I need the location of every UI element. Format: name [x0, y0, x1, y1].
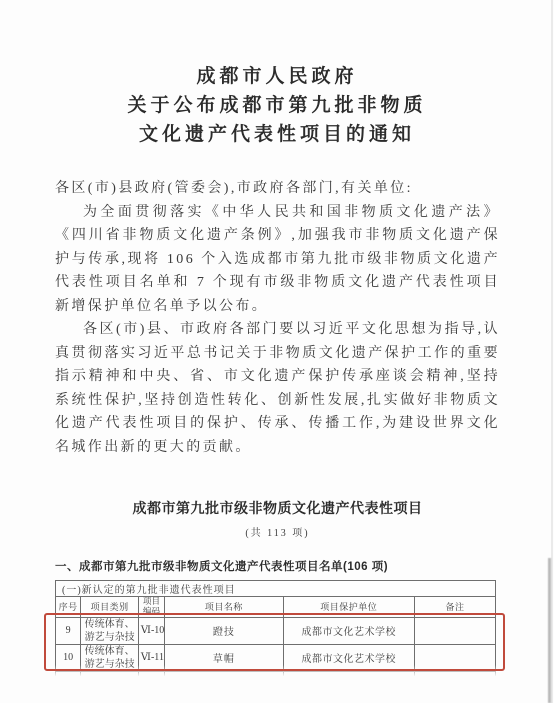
title-line-2: 关于公布成都市第九批非物质 [0, 91, 554, 120]
document-title: 成都市人民政府 关于公布成都市第九批非物质 文化遗产代表性项目的通知 [0, 62, 554, 149]
table-group-header: (一)新认定的第九批非遗代表性项目 [56, 581, 496, 597]
table-group-header-row: (一)新认定的第九批非遗代表性项目 [56, 581, 496, 597]
paragraph-1: 为全面贯彻落实《中华人民共和国非物质文化遗产法》《四川省非物质文化遗产条例》,加… [55, 201, 500, 319]
document-body: 各区(市)县政府(管委会),市政府各部门,有关单位: 为全面贯彻落实《中华人民共… [55, 177, 500, 459]
scan-edge-shadow [548, 558, 551, 703]
table-row-partial: 传统体育、 [56, 671, 496, 676]
salutation: 各区(市)县政府(管委会),市政府各部门,有关单位: [55, 177, 500, 201]
red-highlight-box [44, 613, 505, 671]
cell-category-partial: 传统体育、 [81, 671, 139, 676]
title-line-1: 成都市人民政府 [0, 62, 554, 91]
title-line-3: 文化遗产代表性项目的通知 [0, 120, 554, 149]
section-heading: 成都市第九批市级非物质文化遗产代表性项目 [55, 498, 500, 518]
section-count-note: (共 113 项) [55, 524, 500, 539]
scanned-notice-page: 成都市人民政府 关于公布成都市第九批非物质 文化遗产代表性项目的通知 各区(市)… [0, 0, 554, 703]
paragraph-2: 各区(市)县、市政府各部门要以习近平文化思想为指导,认真贯彻落实习近平总书记关于… [55, 318, 500, 459]
list-heading: 一、成都市第九批市级非物质文化遗产代表性项目名单(106 项) [55, 558, 388, 574]
scan-edge-line [551, 0, 553, 703]
